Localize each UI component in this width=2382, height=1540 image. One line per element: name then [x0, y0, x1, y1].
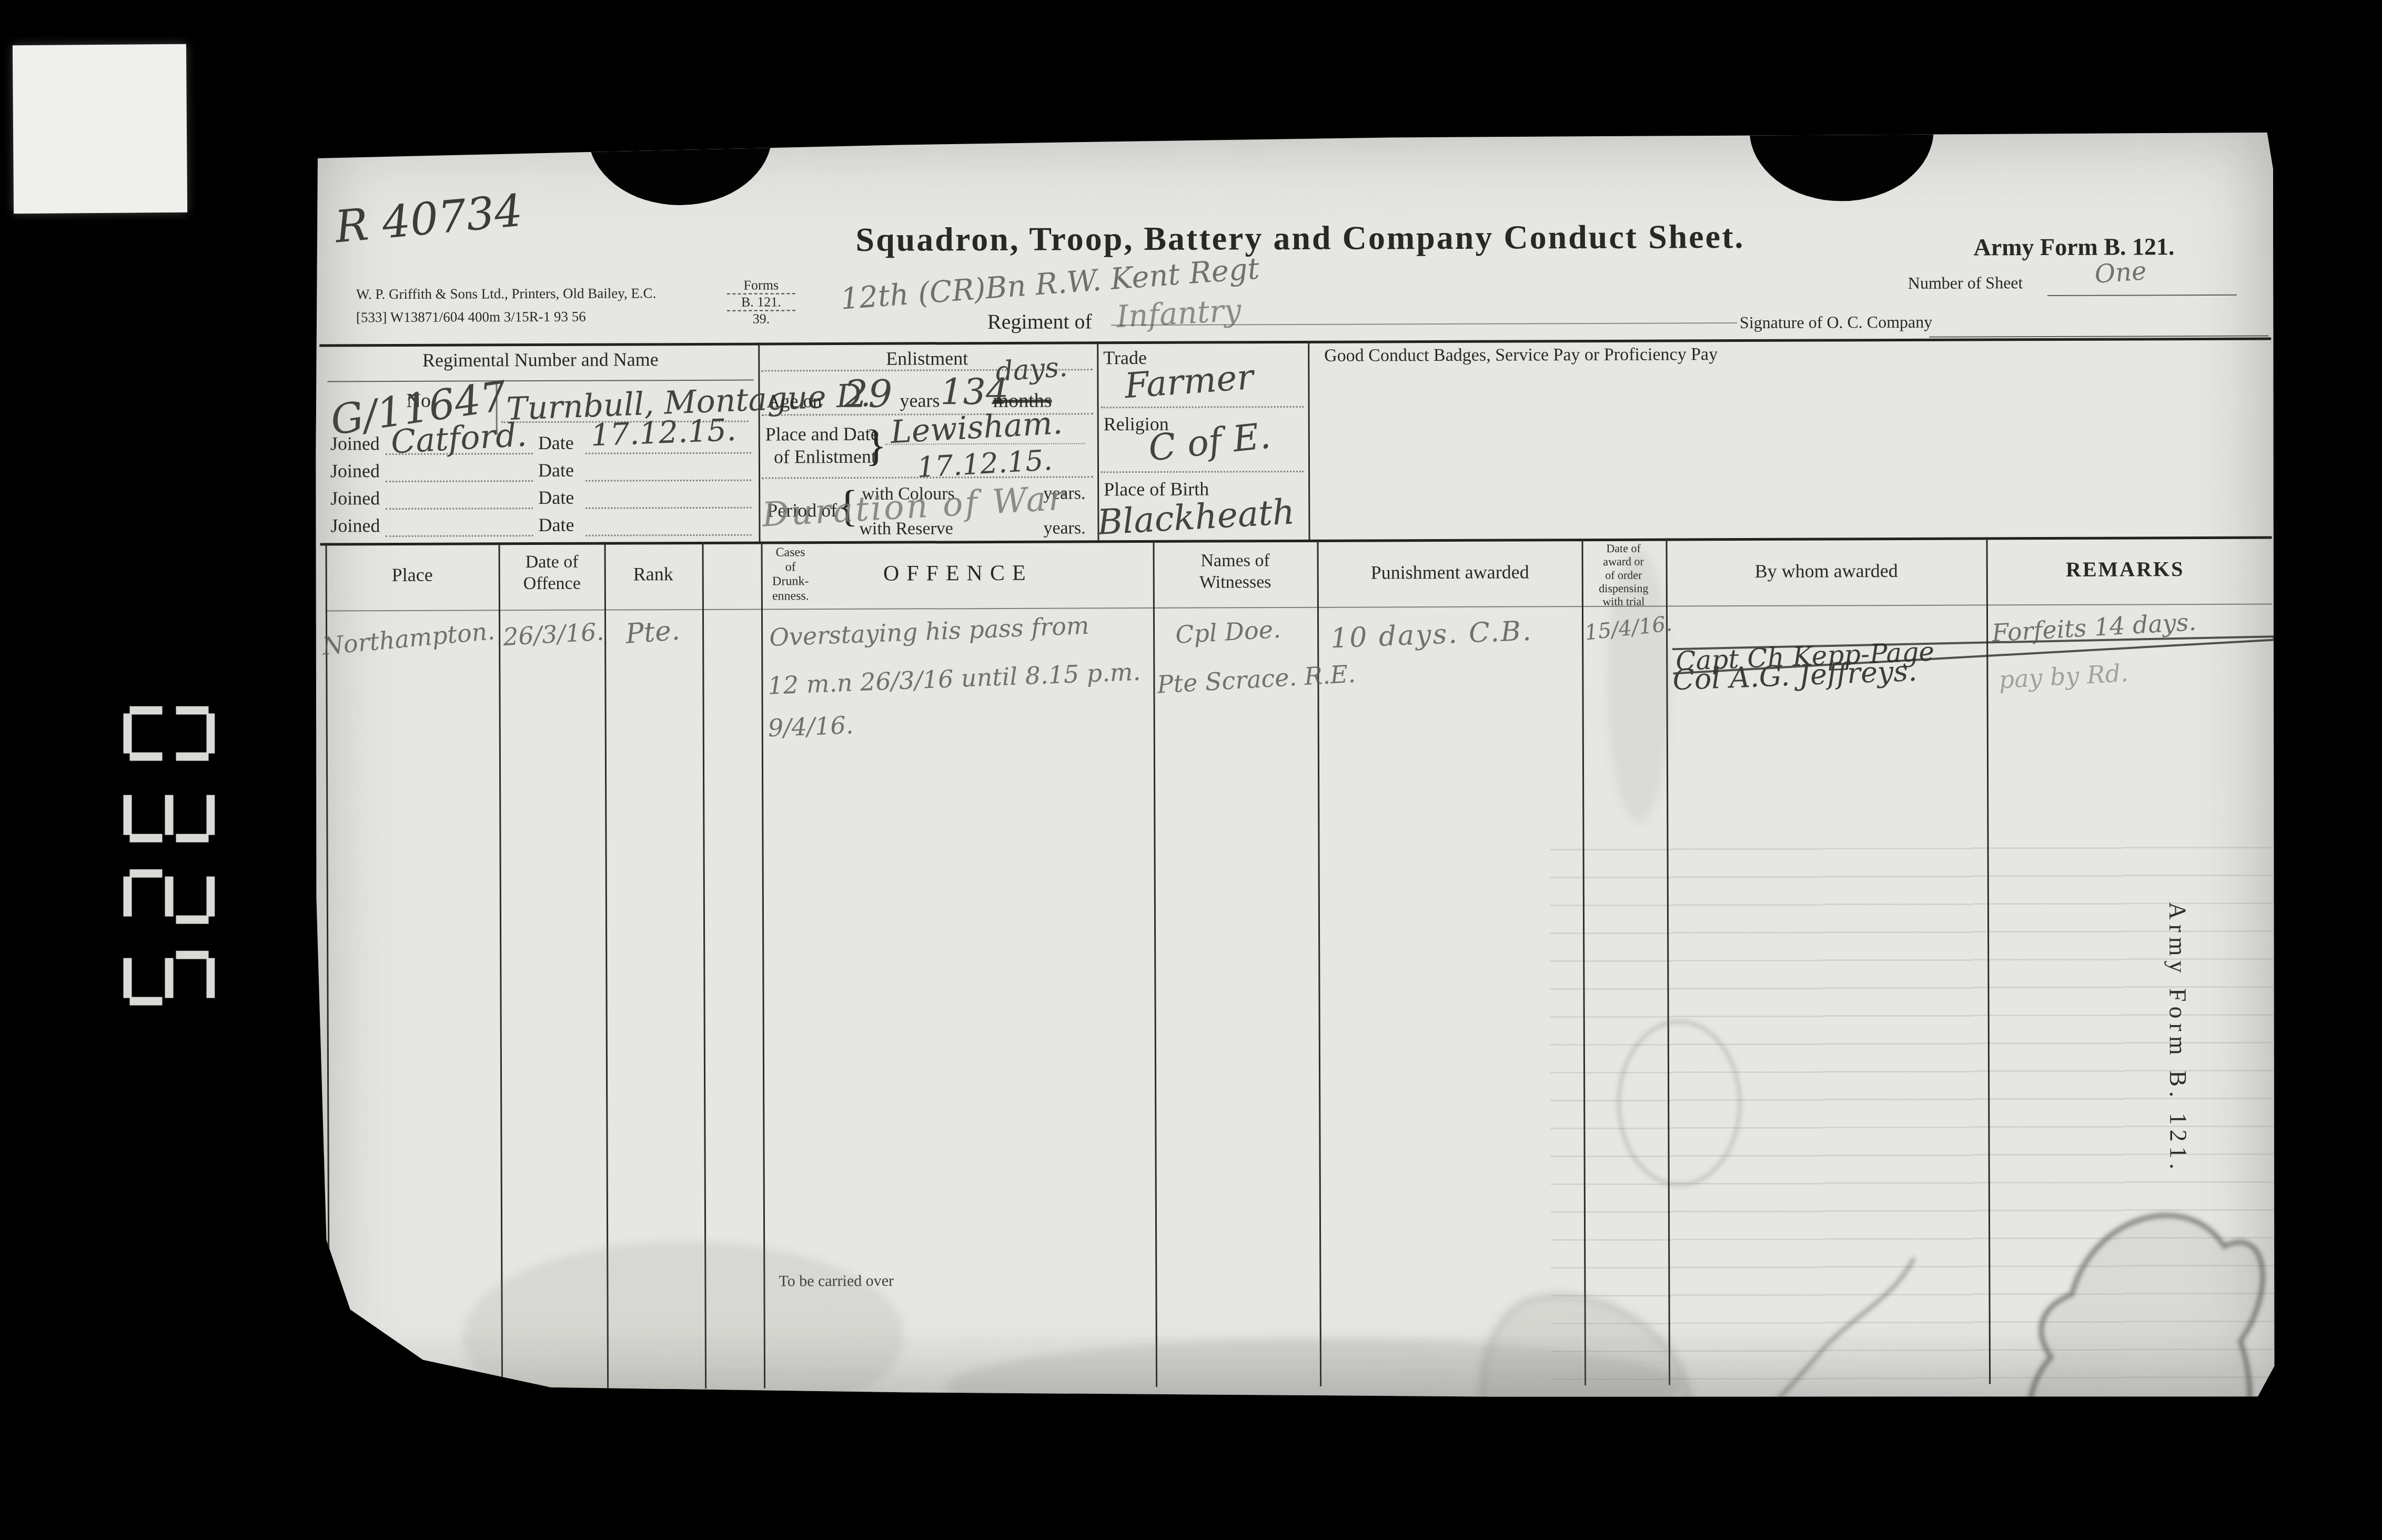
info-divider-3: [1308, 341, 1310, 541]
col-header-by-whom: By whom awarded: [1669, 559, 1984, 582]
forms-ref-line: Forms: [727, 277, 795, 293]
joined-fill-1b: [586, 452, 751, 454]
joined-label-1: Joined: [330, 432, 380, 454]
number-of-sheet-label: Number of Sheet: [1908, 273, 2023, 293]
microfilm-frame: R 40734 Squadron, Troop, Battery and Com…: [0, 0, 2382, 1540]
punch-notch-right: [1749, 59, 1934, 201]
col-header-rank: Rank: [606, 563, 701, 585]
joined-label-2: Joined: [330, 460, 380, 482]
row-remarks-line: pay by Rd.: [1998, 658, 2129, 694]
days-annotation: days.: [994, 351, 1068, 388]
joined-fill-3b: [586, 507, 751, 509]
col-divider-1: [498, 542, 503, 1389]
forms-ref-line: 39.: [727, 311, 795, 327]
joined-date-value: 17.12.15.: [590, 412, 737, 453]
col-header-witnesses: Names of Witnesses: [1155, 550, 1316, 594]
page-title: Squadron, Troop, Battery and Company Con…: [855, 217, 1723, 259]
place-date-label-1: Place and Date: [765, 423, 879, 445]
rule-top: [319, 338, 2271, 347]
place-date-label-2: of Enlistment: [774, 445, 876, 468]
col-header-date-of-offence: Date of Offence: [501, 552, 603, 595]
col-divider-4: [761, 542, 765, 1389]
religion-rule: [1101, 471, 1304, 473]
col-header-place: Place: [328, 563, 497, 586]
trade-value: Farmer: [1123, 357, 1255, 407]
forms-reference-box: Forms B. 121. 39.: [727, 277, 795, 327]
place-date-brace: }: [865, 420, 887, 471]
table-edge-left: [325, 543, 330, 1390]
joined-fill-4b: [586, 534, 751, 536]
film-frame-digit: [120, 869, 215, 925]
regimental-header-rule: [327, 380, 753, 382]
date-label-4: Date: [538, 514, 574, 536]
joined-label-3: Joined: [330, 487, 380, 509]
forms-ref-line: B. 121.: [727, 293, 795, 311]
printer-imprint-line1: W. P. Griffith & Sons Ltd., Printers, Ol…: [356, 285, 657, 302]
side-form-label: Army Form B. 121.: [2164, 902, 2193, 1174]
col-header-date-of-award: Date of award or of order dispensing wit…: [1583, 542, 1664, 609]
row-offence-line: 12 m.n 26/3/16 until 8.15 p.m.: [768, 657, 1141, 700]
film-frame-digit: [120, 788, 215, 843]
col-divider-2: [604, 542, 609, 1389]
col-divider-3: [702, 542, 706, 1389]
row-offence-line: Overstaying his pass from: [769, 611, 1089, 652]
row-date-of-award: 15/4/16.: [1583, 612, 1673, 645]
joined-label-4: Joined: [330, 514, 380, 536]
row-offence-line: 9/4/16.: [768, 711, 854, 742]
joined-fill-3a: [386, 508, 533, 510]
regiment-value: Infantry: [1115, 292, 1242, 335]
regiment-of-label: Regiment of: [987, 309, 1092, 334]
joined-fill-2a: [386, 480, 533, 482]
regimental-header: Regimental Number and Name: [325, 348, 756, 372]
row-date-of-offence: 26/3/16.: [502, 617, 605, 652]
row-rank: Pte.: [624, 615, 681, 650]
row-witness-line: Cpl Doe.: [1175, 615, 1281, 649]
rule-mid: [320, 536, 2272, 546]
film-splice-marker: [13, 44, 187, 214]
joined-fill-4a: [386, 535, 533, 537]
joined-fill-1a: [386, 453, 533, 455]
years-suffix-2: years.: [1043, 518, 1085, 538]
number-of-sheet-value: One: [2094, 256, 2148, 289]
conduct-sheet-page: R 40734 Squadron, Troop, Battery and Com…: [311, 131, 2277, 1404]
header-bottom-rule: [326, 604, 2272, 612]
info-divider-1: [758, 343, 760, 543]
sheet-number-fill-line: [2047, 295, 2237, 296]
oc-signature-label: Signature of O. C. Company: [1740, 312, 1932, 332]
row-witness-line: Pte Scrace. R.E.: [1156, 660, 1356, 699]
col-header-offence: OFFENCE: [765, 560, 1152, 587]
age-years-value: 29: [844, 372, 892, 416]
film-frame-digit: [120, 951, 215, 1006]
archive-reference: R 40734: [333, 185, 525, 253]
date-label-2: Date: [538, 459, 574, 481]
carry-over-note: To be carried over: [779, 1272, 894, 1291]
trade-rule: [1101, 406, 1304, 408]
age-on-label: Age on: [766, 390, 822, 412]
good-conduct-header: Good Conduct Badges, Service Pay or Prof…: [1324, 345, 1718, 366]
film-frame-digit: [120, 706, 215, 762]
printer-imprint-line2: [533] W13871/604 400m 3/15R-1 93 56: [356, 309, 586, 326]
col-header-punishment: Punishment awarded: [1320, 561, 1580, 584]
row-punishment: 10 days. C.B.: [1330, 615, 1533, 655]
punch-notch-left: [588, 63, 772, 205]
years-label: years: [900, 389, 940, 411]
joined-fill-2b: [586, 480, 751, 482]
date-label-3: Date: [538, 487, 574, 509]
col-header-remarks: REMARKS: [1989, 556, 2262, 582]
col-divider-5: [1153, 540, 1157, 1387]
row-place: Northampton.: [321, 616, 496, 661]
date-label-1: Date: [538, 432, 574, 454]
